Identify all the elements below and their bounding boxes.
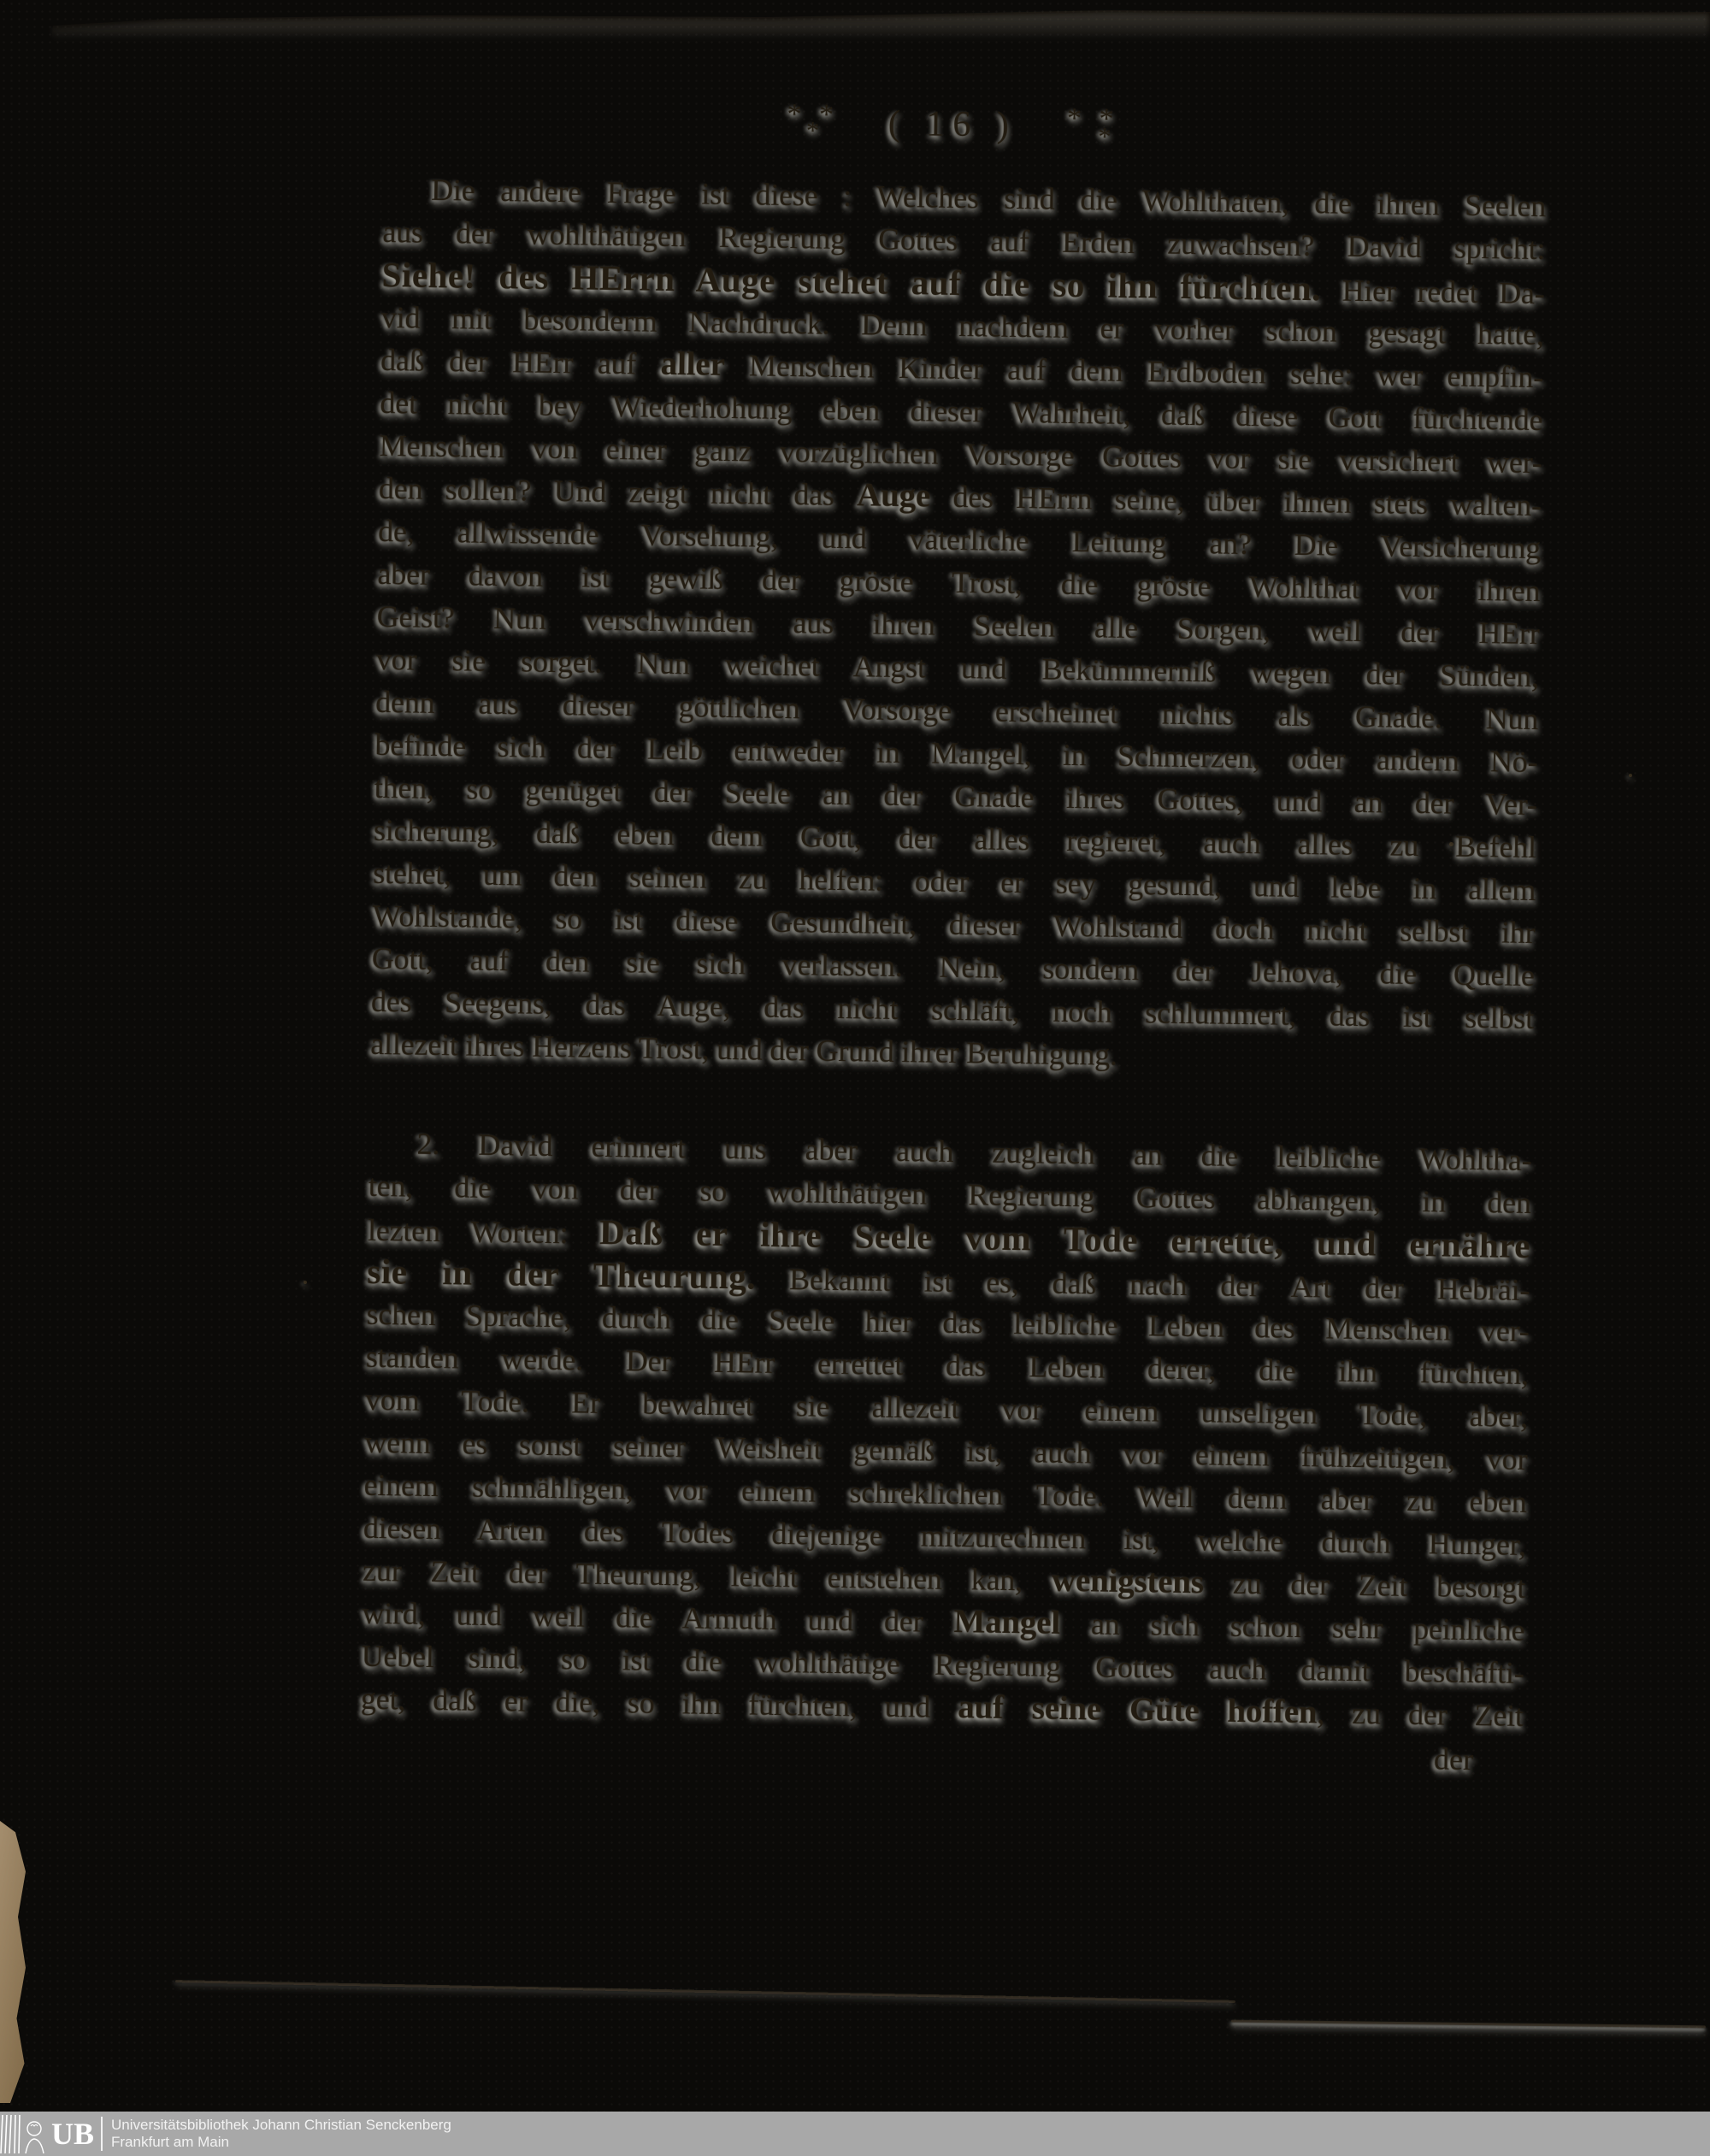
emphasized-text-segment: wenigstens [1052, 1562, 1204, 1601]
paper-crease [175, 1980, 1235, 2003]
library-name-line2: Frankfurt am Main [111, 2134, 451, 2151]
logo-separator [101, 2117, 103, 2151]
paper-crease [1231, 2020, 1706, 2029]
text-segment: daß der HErr auf [380, 343, 661, 381]
ornament-row: * [806, 124, 819, 140]
top-edge-shade [0, 0, 1710, 39]
ub-logo: UB [0, 2112, 111, 2156]
library-name: Universitätsbibliothek Johann Christian … [111, 2117, 451, 2151]
asterisk-ornament-icon: * * * [787, 105, 839, 140]
book-edge-sliver [0, 1821, 26, 2103]
text-segment: des HErrn seine, über ihnen stets walten… [930, 480, 1542, 523]
page-number: ( 16 ) [888, 103, 1018, 146]
text-segment: zu der Zeit besorgt [1204, 1565, 1526, 1605]
ink-speck [304, 1281, 307, 1284]
page-header: * * * ( 16 ) * * * [384, 85, 1548, 164]
emphasized-text-segment: Mangel [953, 1603, 1060, 1641]
text-segment: den sollen? Und zeigt nicht das [379, 471, 858, 512]
emphasized-text-segment: auf seine Güte hoffen [958, 1688, 1318, 1730]
text-segment: lezten Worten: [368, 1213, 600, 1251]
scan-viewport: { "colors": { "bg": "#0b0a08", "paper": … [0, 0, 1710, 2156]
emphasized-text-segment: sie in der Theurung. [367, 1252, 756, 1297]
ub-logo-icon [0, 2113, 50, 2154]
asterisk-ornament-icon: * * * [1067, 109, 1119, 144]
paragraph: 2. David erinnert uns aber auch zugleich… [361, 1122, 1532, 1737]
text-segment: get, daß er die, so ihn fürchten, und [361, 1682, 958, 1724]
text-segment: zur Zeit der Theurung, leicht entstehen … [363, 1553, 1052, 1598]
text-segment: allezeit ihres Herzens Trost, und der Gr… [370, 1027, 1117, 1072]
printed-text-block: * * * ( 16 ) * * * Die andere Frage ist … [360, 85, 1548, 1782]
ub-logo-text: UB [51, 2118, 94, 2149]
text-segment: wird, und weil die Armuth und der [362, 1596, 954, 1639]
library-watermark-bar: UB Universitätsbibliothek Johann Christi… [0, 2112, 1710, 2156]
library-name-line1: Universitätsbibliothek Johann Christian … [111, 2117, 451, 2134]
emphasized-text-segment: aller [660, 345, 724, 383]
text-segment: an sich schon sehr peinliche [1060, 1606, 1525, 1647]
paragraphs: Die andere Frage ist diese : Welches sin… [361, 168, 1547, 1737]
ornament-row: * [1098, 130, 1111, 146]
emphasized-text-segment: Auge [857, 476, 931, 514]
text-segment: Menschen Kinder auf dem Erdboden sehe: w… [724, 348, 1543, 394]
text-segment: Hier redet Da- [1321, 273, 1545, 310]
text-segment: , zu der Zeit [1317, 1695, 1524, 1733]
portrait-sketch [26, 2122, 44, 2153]
ink-speck [1629, 774, 1632, 777]
paragraph: Die andere Frage ist diese : Welches sin… [370, 168, 1546, 1082]
